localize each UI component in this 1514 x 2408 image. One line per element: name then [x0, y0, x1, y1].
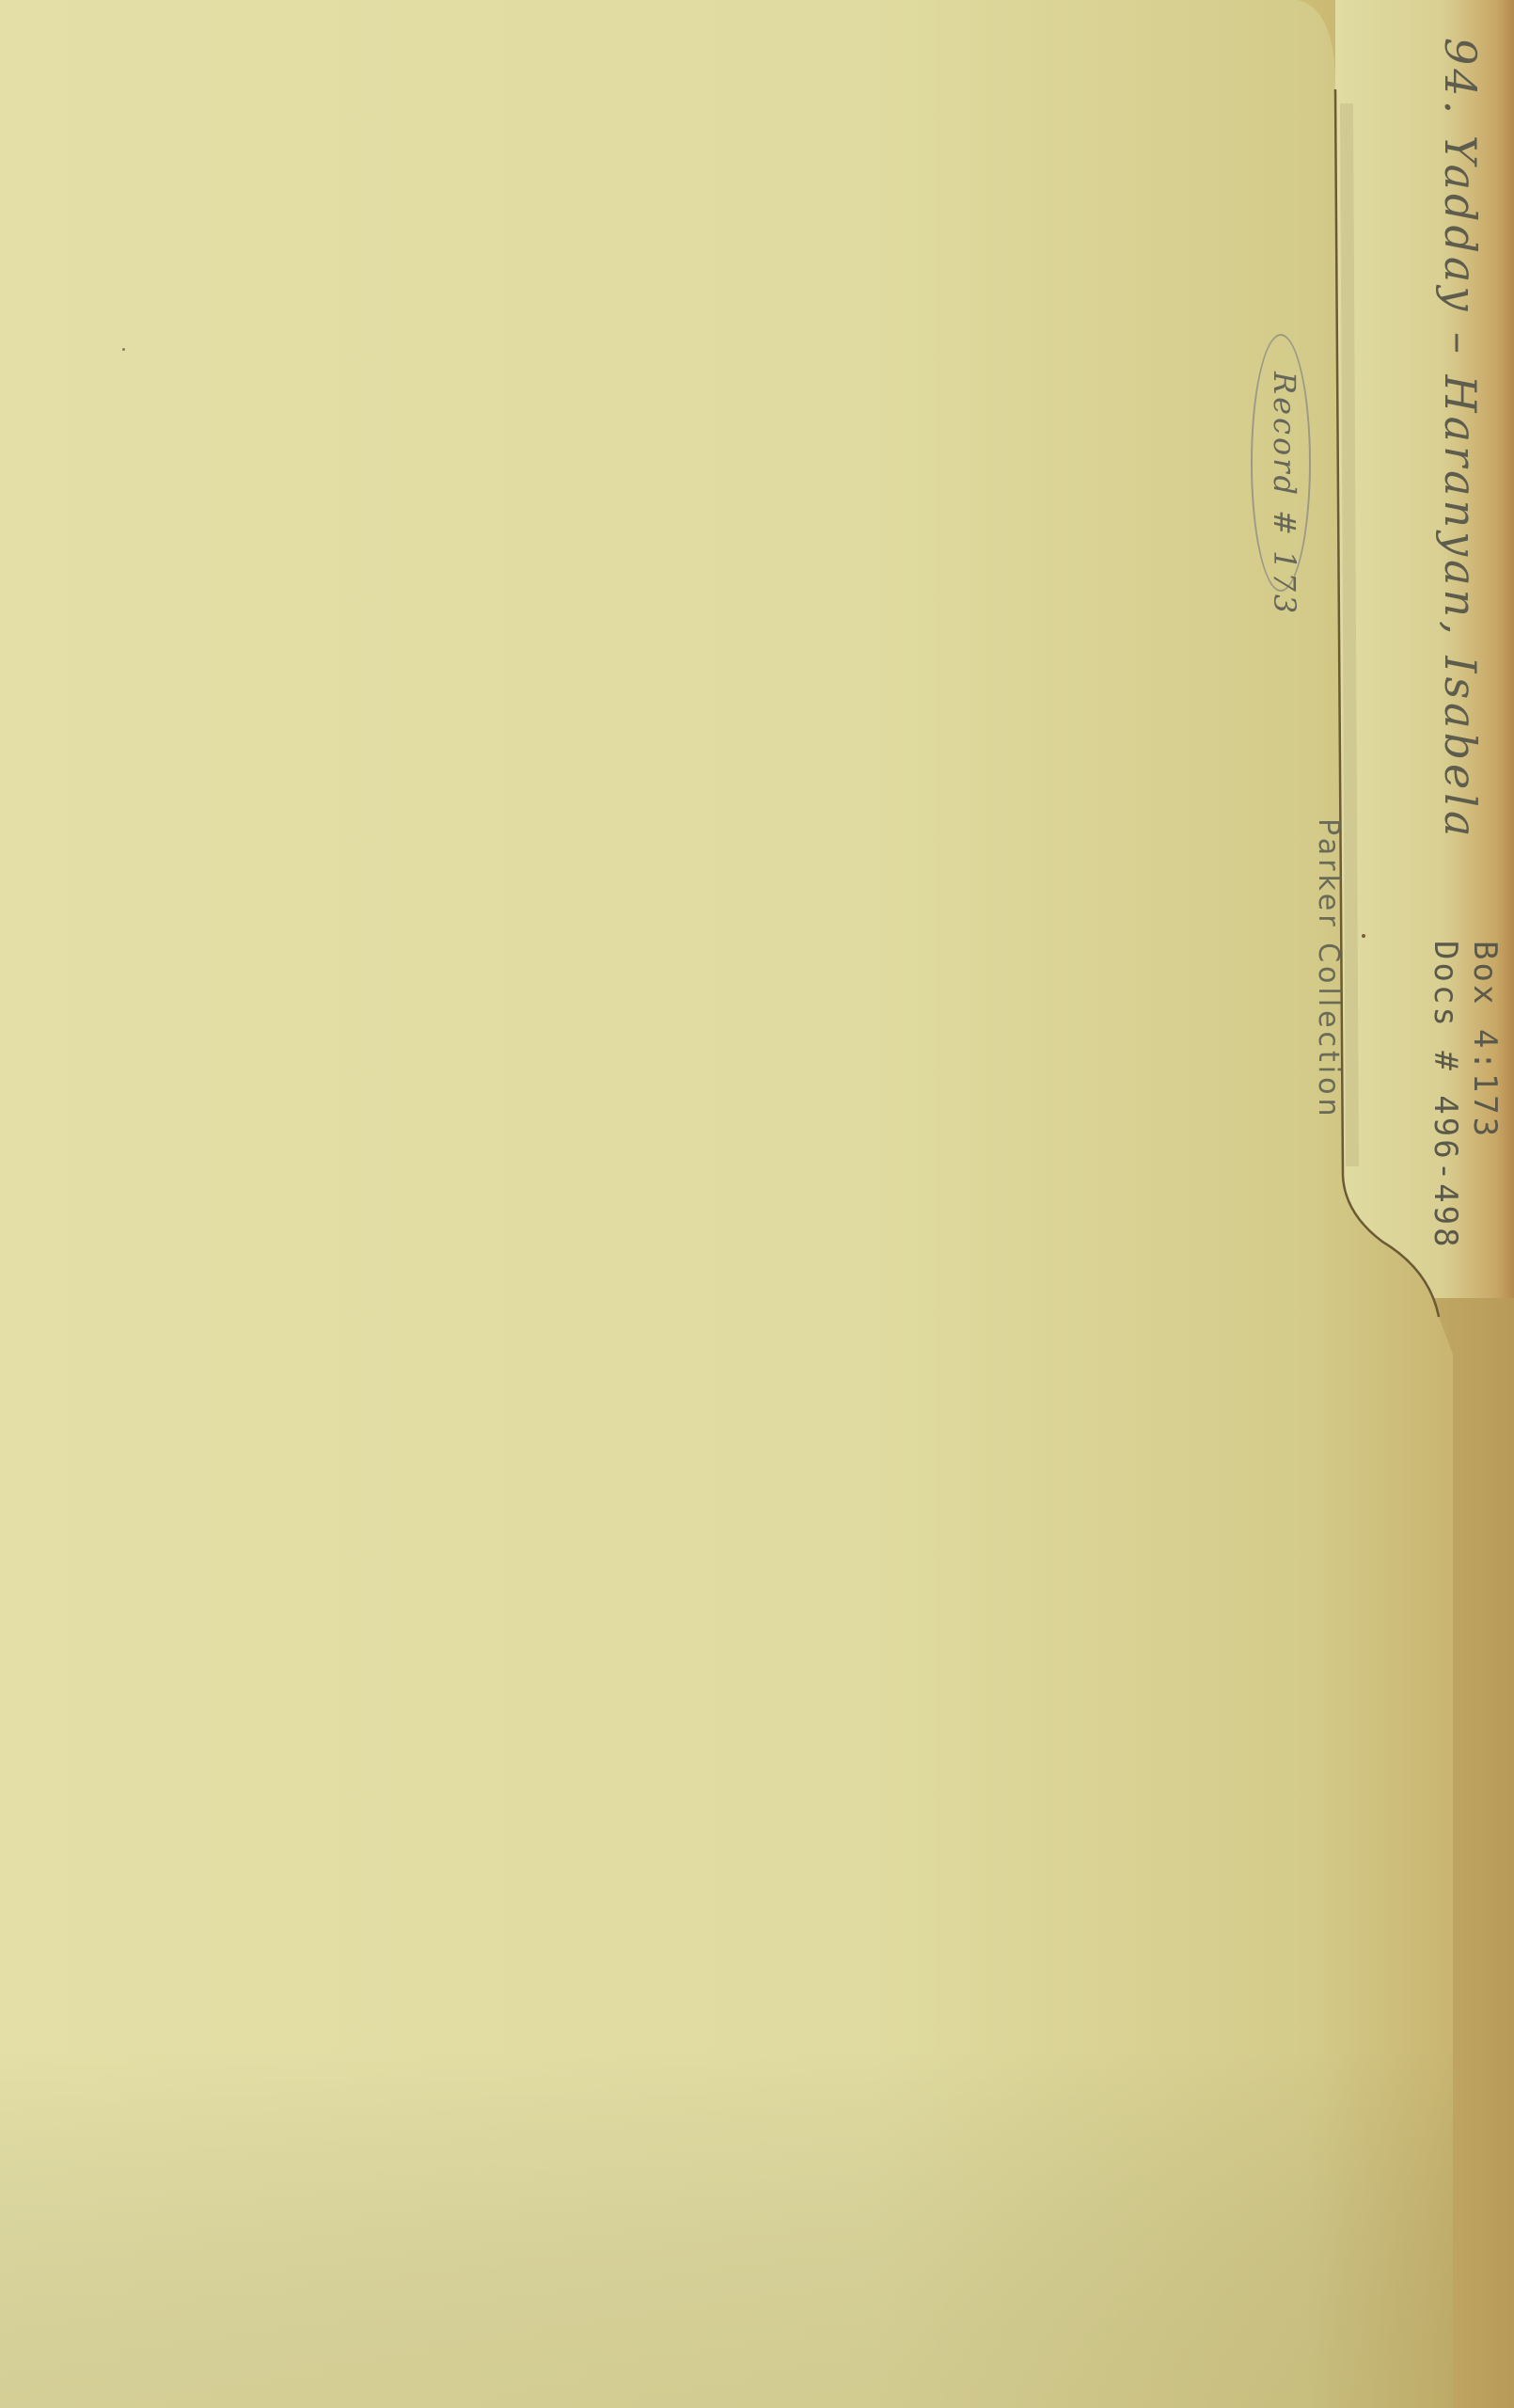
docs-range: Docs # 496-498 — [1426, 941, 1465, 1250]
box-number: Box 4:173 — [1465, 941, 1505, 1250]
box-docs-label: Box 4:173 Docs # 496-498 — [1426, 941, 1505, 1250]
stain-speck — [122, 348, 125, 351]
record-number-label: Record # 173 — [1267, 372, 1302, 616]
folder-tab-label: 94. Yadday – Haranyan, Isabela — [1435, 38, 1486, 840]
collection-label: Parker Collection — [1312, 818, 1345, 1119]
stain-speck — [1362, 934, 1365, 938]
